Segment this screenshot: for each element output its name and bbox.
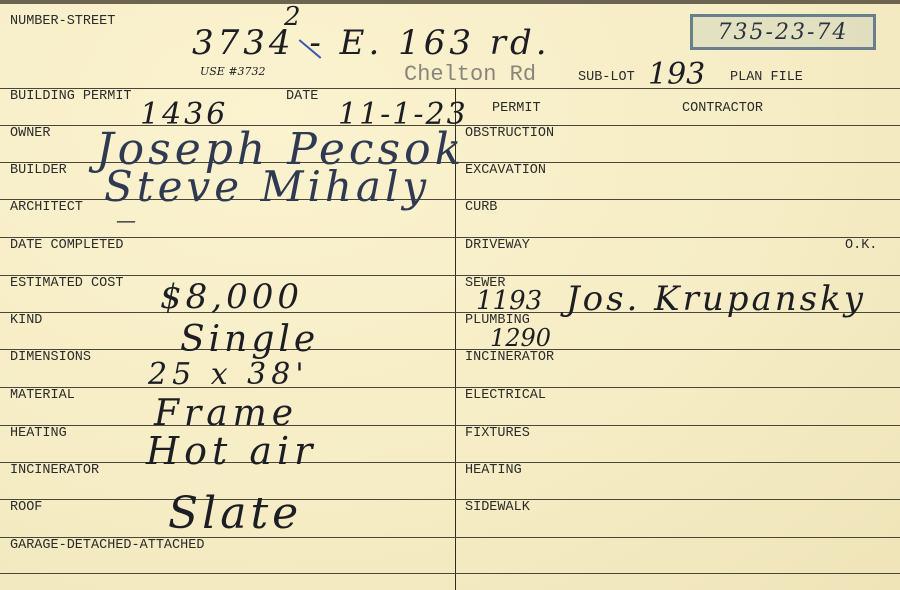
estimated-cost-value: $8,000 xyxy=(160,280,303,314)
builder-value: Steve Mihaly xyxy=(104,166,430,208)
sub-lot-label: SUB-LOT xyxy=(578,70,635,85)
field-label: ESTIMATED COST xyxy=(10,276,123,291)
card-top-edge xyxy=(0,0,900,4)
field-label: DIMENSIONS xyxy=(10,350,91,365)
file-number-stamp: 735-23-74 xyxy=(690,14,876,50)
rule xyxy=(0,425,900,426)
contractor-header: CONTRACTOR xyxy=(682,101,763,116)
permit-type-label: INCINERATOR xyxy=(465,350,554,365)
sub-lot-value: 193 xyxy=(648,60,705,90)
field-label: DATE COMPLETED xyxy=(10,238,123,253)
permit-type-label: HEATING xyxy=(465,463,522,478)
sewer-contractor: Jos. Krupansky xyxy=(566,282,866,316)
permit-type-label: OBSTRUCTION xyxy=(465,126,554,141)
date-label: DATE xyxy=(286,89,318,104)
rule xyxy=(0,237,900,238)
permit-type-label: EXCAVATION xyxy=(465,163,546,178)
typed-street-name: Chelton Rd xyxy=(404,62,536,87)
sewer-value: 1193 xyxy=(476,288,542,314)
field-label: OWNER xyxy=(10,126,51,141)
rule xyxy=(0,462,900,463)
rule xyxy=(0,387,900,388)
field-label: BUILDER xyxy=(10,163,67,178)
kind-value: Single xyxy=(180,322,319,358)
rule xyxy=(0,88,900,89)
field-label: GARAGE-DETACHED-ATTACHED xyxy=(10,538,204,553)
permit-type-label: SIDEWALK xyxy=(465,500,530,515)
permit-type-label: CURB xyxy=(465,200,497,215)
address-correction: 2 xyxy=(284,4,301,30)
field-label: BUILDING PERMIT xyxy=(10,89,132,104)
plan-file-label: PLAN FILE xyxy=(730,70,803,85)
field-label: ROOF xyxy=(10,500,42,515)
heating-value: Hot air xyxy=(146,432,317,470)
address-handwritten: 3734 - E. 163 rd. xyxy=(192,26,551,60)
permit-type-label: DRIVEWAY xyxy=(465,238,530,253)
material-value: Frame xyxy=(154,396,298,432)
rule xyxy=(0,499,900,500)
permit-header: PERMIT xyxy=(492,101,541,116)
dimensions-value: 25 x 38' xyxy=(148,360,309,390)
address-note: USE #3732 xyxy=(200,66,266,77)
permit-type-label: ELECTRICAL xyxy=(465,388,546,403)
rule xyxy=(0,573,900,574)
permit-type-label: FIXTURES xyxy=(465,426,530,441)
driveway-value: O.K. xyxy=(845,238,877,253)
field-label: ARCHITECT xyxy=(10,200,83,215)
rule xyxy=(0,275,900,276)
field-label: MATERIAL xyxy=(10,388,75,403)
roof-value: Slate xyxy=(168,492,302,536)
field-label: INCINERATOR xyxy=(10,463,99,478)
field-label: HEATING xyxy=(10,426,67,441)
field-label: KIND xyxy=(10,313,42,328)
number-street-label: NUMBER-STREET xyxy=(10,14,115,29)
architect-value: — xyxy=(116,210,136,230)
rule xyxy=(0,349,900,350)
permit-card: NUMBER-STREET 3734 - E. 163 rd. 2 USE #3… xyxy=(0,0,900,590)
plumbing-value: 1290 xyxy=(490,326,551,350)
